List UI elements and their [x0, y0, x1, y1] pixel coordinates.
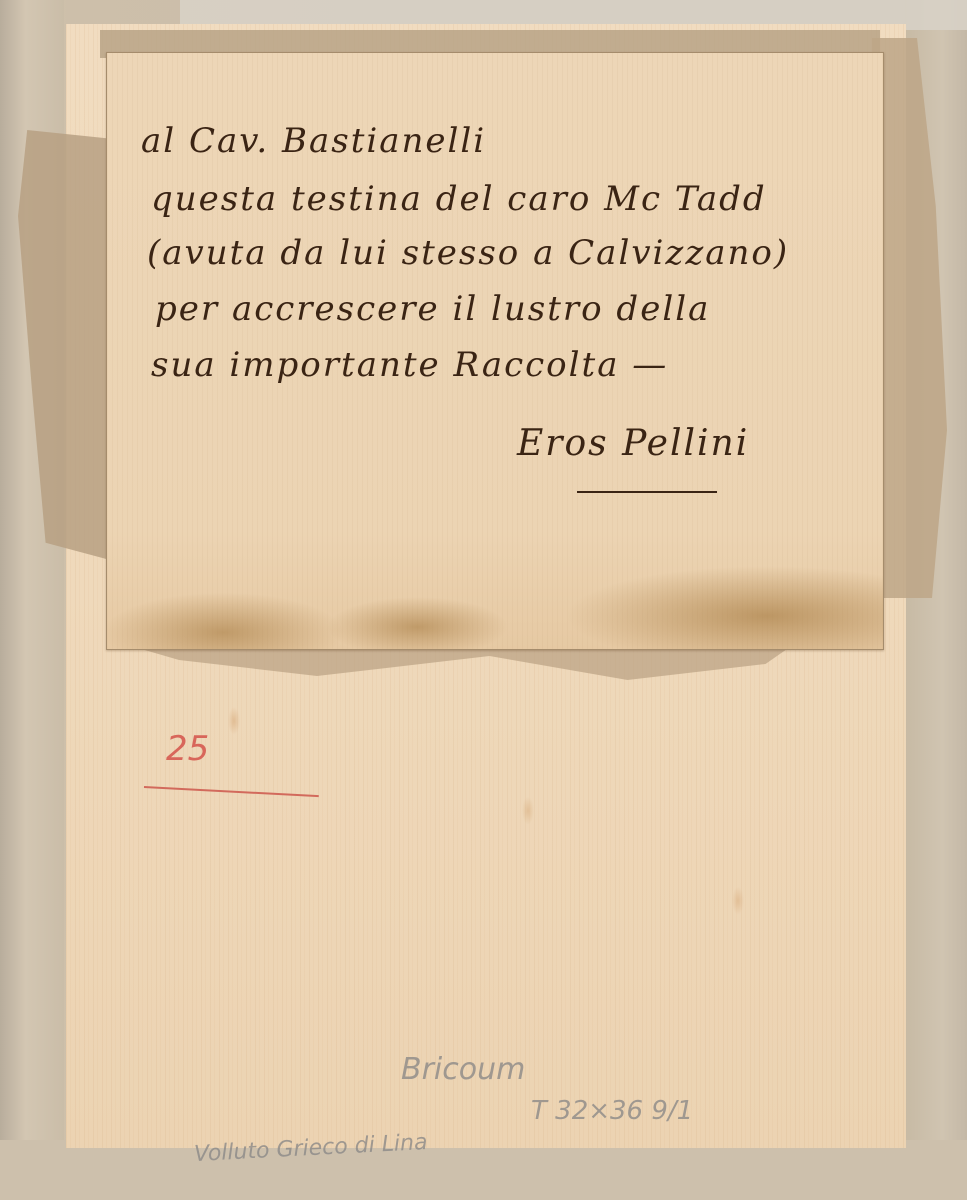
- pencil-note-dimensions: T 32×36 9/1: [531, 1096, 693, 1126]
- signature-underline: [577, 491, 717, 493]
- inscription-line-1: al Cav. Bastianelli: [141, 121, 486, 161]
- paper-label: al Cav. Bastianelli questa testina del c…: [106, 52, 884, 650]
- red-underline: [144, 786, 319, 797]
- pencil-note-1: Bricoum: [401, 1052, 525, 1087]
- inscription-line-5: sua importante Raccolta —: [151, 345, 668, 385]
- inscription-line-3: (avuta da lui stesso a Calvizzano): [147, 233, 789, 273]
- inscription-line-4: per accrescere il lustro della: [155, 289, 710, 329]
- board-bottom-edge: [0, 1140, 967, 1200]
- red-inventory-number: 25: [166, 729, 209, 769]
- glue-stain: [107, 539, 883, 649]
- signature: Eros Pellini: [517, 423, 749, 464]
- inscription-line-2: questa testina del caro Mc Tadd: [151, 179, 767, 219]
